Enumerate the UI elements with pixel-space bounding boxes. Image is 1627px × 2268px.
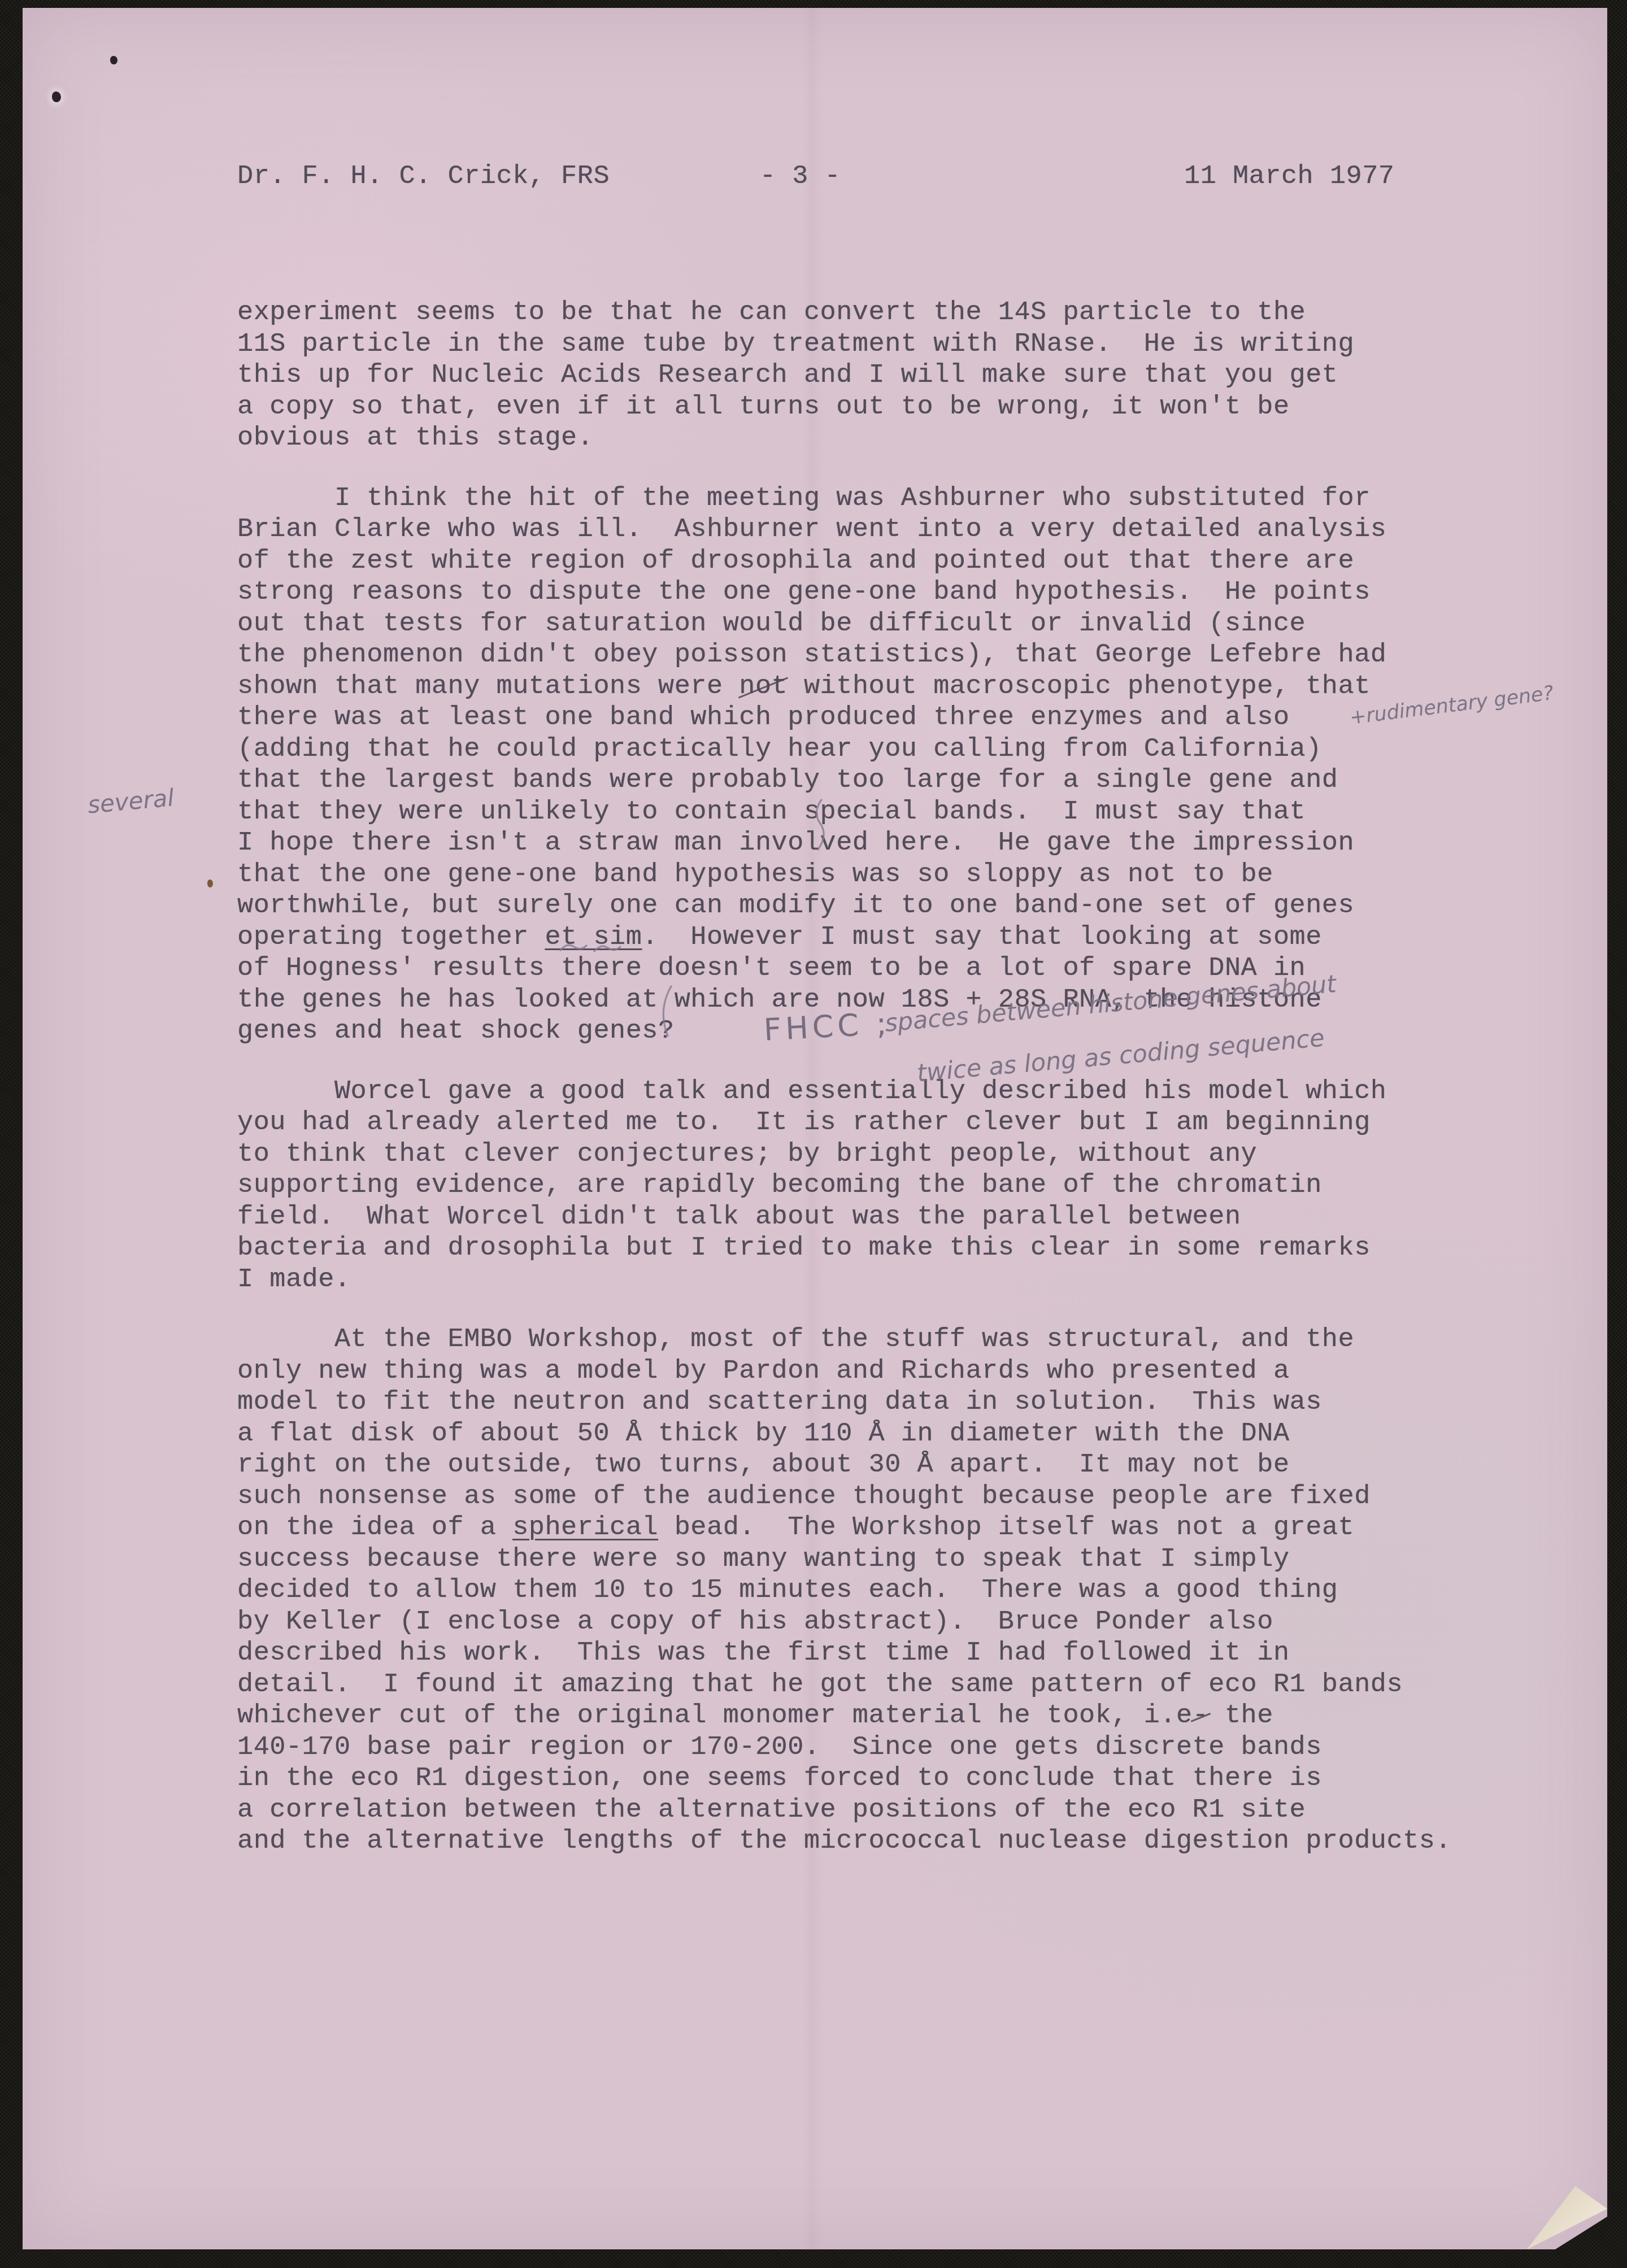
typed-segment: operating together — [237, 922, 545, 952]
typed-line: a flat disk of about 50 Å thick by 110 Å… — [237, 1418, 1503, 1450]
typed-segment: the — [1208, 1701, 1273, 1731]
typed-line: field. What Worcel didn't talk about was… — [237, 1202, 1503, 1233]
typed-line: this up for Nucleic Acids Research and I… — [237, 360, 1503, 391]
typed-line: on the idea of a spherical bead. The Wor… — [237, 1512, 1503, 1544]
typed-line: described his work. This was the first t… — [237, 1638, 1503, 1669]
typed-segment-strike: - — [1193, 1700, 1209, 1732]
typed-line: to think that clever conjectures; by bri… — [237, 1139, 1503, 1170]
typed-line: Brian Clarke who was ill. Ashburner went… — [237, 514, 1503, 546]
typed-line: (adding that he could practically hear y… — [237, 734, 1503, 765]
typed-line: obvious at this stage. — [237, 423, 1503, 454]
typed-line: operating together et sim. However I mus… — [237, 922, 1503, 954]
letter-body: experiment seems to be that he can conve… — [237, 297, 1503, 1857]
paragraph: experiment seems to be that he can conve… — [237, 297, 1503, 454]
typed-line: a correlation between the alternative po… — [237, 1795, 1503, 1826]
typed-line: 140-170 base pair region or 170-200. Sin… — [237, 1732, 1503, 1764]
typed-line: success because there were so many wanti… — [237, 1544, 1503, 1575]
folded-corner — [1527, 2186, 1607, 2249]
inline-note-label: FHCC ; — [763, 1005, 891, 1048]
typed-line: you had already alerted me to. It is rat… — [237, 1107, 1503, 1139]
date-line: 11 March 1977 — [1184, 161, 1395, 193]
typed-line: that they were unlikely to contain speci… — [237, 796, 1503, 828]
typed-segment: on the idea of a — [237, 1513, 512, 1543]
typed-line: out that tests for saturation would be d… — [237, 608, 1503, 640]
typed-line: worthwhile, but surely one can modify it… — [237, 890, 1503, 922]
margin-note-left: several — [86, 783, 175, 819]
typed-line: a copy so that, even if it all turns out… — [237, 391, 1503, 423]
paragraph: I think the hit of the meeting was Ashbu… — [237, 483, 1503, 1047]
typed-line: I made. — [237, 1264, 1503, 1296]
letter-page: Dr. F. H. C. Crick, FRS - 3 - 11 March 1… — [23, 8, 1607, 2249]
typed-line: strong reasons to dispute the one gene-o… — [237, 577, 1503, 608]
typed-line: the phenomenon didn't obey poisson stati… — [237, 639, 1503, 671]
typed-line: that the largest bands were probably too… — [237, 765, 1503, 796]
typed-line: shown that many mutations were not witho… — [237, 671, 1503, 703]
typed-line: in the eco R1 digestion, one seems force… — [237, 1763, 1503, 1795]
scan-background: { "page": { "header": { "recipient": "Dr… — [0, 0, 1627, 2268]
typed-line: by Keller (I enclose a copy of his abstr… — [237, 1607, 1503, 1638]
paragraph: At the EMBO Workshop, most of the stuff … — [237, 1324, 1503, 1857]
typed-line: that the one gene-one band hypothesis wa… — [237, 859, 1503, 891]
typed-segment: bead. The Workshop itself was not a grea… — [658, 1513, 1354, 1543]
typed-line: supporting evidence, are rapidly becomin… — [237, 1170, 1503, 1202]
typed-line: there was at least one band which produc… — [237, 702, 1503, 734]
typed-segment: whichever cut of the original monomer ma… — [237, 1701, 1193, 1731]
typed-segment-strike: not — [739, 671, 788, 703]
typed-line: bacteria and drosophila but I tried to m… — [237, 1233, 1503, 1264]
pencil-caret-mark — [656, 986, 681, 1038]
typed-line: such nonsense as some of the audience th… — [237, 1481, 1503, 1513]
typed-segment-underline: spherical — [512, 1513, 658, 1543]
paper-speck-dark — [110, 56, 118, 64]
typed-segment: shown that many mutations were — [237, 672, 739, 702]
pencil-emphasis-ticks — [559, 941, 627, 958]
typed-line: detail. I found it amazing that he got t… — [237, 1669, 1503, 1701]
paper-hole — [52, 92, 61, 102]
typed-segment: . However I must say that looking at som… — [642, 922, 1322, 952]
typed-line: experiment seems to be that he can conve… — [237, 297, 1503, 329]
typed-segment: without macroscopic phenotype, that — [788, 672, 1371, 702]
typed-line: 11S particle in the same tube by treatme… — [237, 329, 1503, 360]
typed-line: right on the outside, two turns, about 3… — [237, 1449, 1503, 1481]
typed-line: only new thing was a model by Pardon and… — [237, 1356, 1503, 1387]
recipient-line: Dr. F. H. C. Crick, FRS — [237, 161, 610, 193]
typed-line: I hope there isn't a straw man involved … — [237, 828, 1503, 859]
paragraph: Worcel gave a good talk and essentially … — [237, 1076, 1503, 1296]
pencil-squiggle-mark — [812, 800, 835, 852]
paper-speck-brown — [207, 880, 213, 887]
typed-line: and the alternative lengths of the micro… — [237, 1826, 1503, 1857]
typed-line: I think the hit of the meeting was Ashbu… — [237, 483, 1503, 515]
typed-line: whichever cut of the original monomer ma… — [237, 1700, 1503, 1732]
typed-line: decided to allow them 10 to 15 minutes e… — [237, 1575, 1503, 1607]
typed-line: At the EMBO Workshop, most of the stuff … — [237, 1324, 1503, 1356]
typed-line: model to fit the neutron and scattering … — [237, 1387, 1503, 1418]
page-number: - 3 - — [760, 161, 841, 193]
typed-line: Worcel gave a good talk and essentially … — [237, 1076, 1503, 1108]
typed-line: of the zest white region of drosophila a… — [237, 546, 1503, 577]
